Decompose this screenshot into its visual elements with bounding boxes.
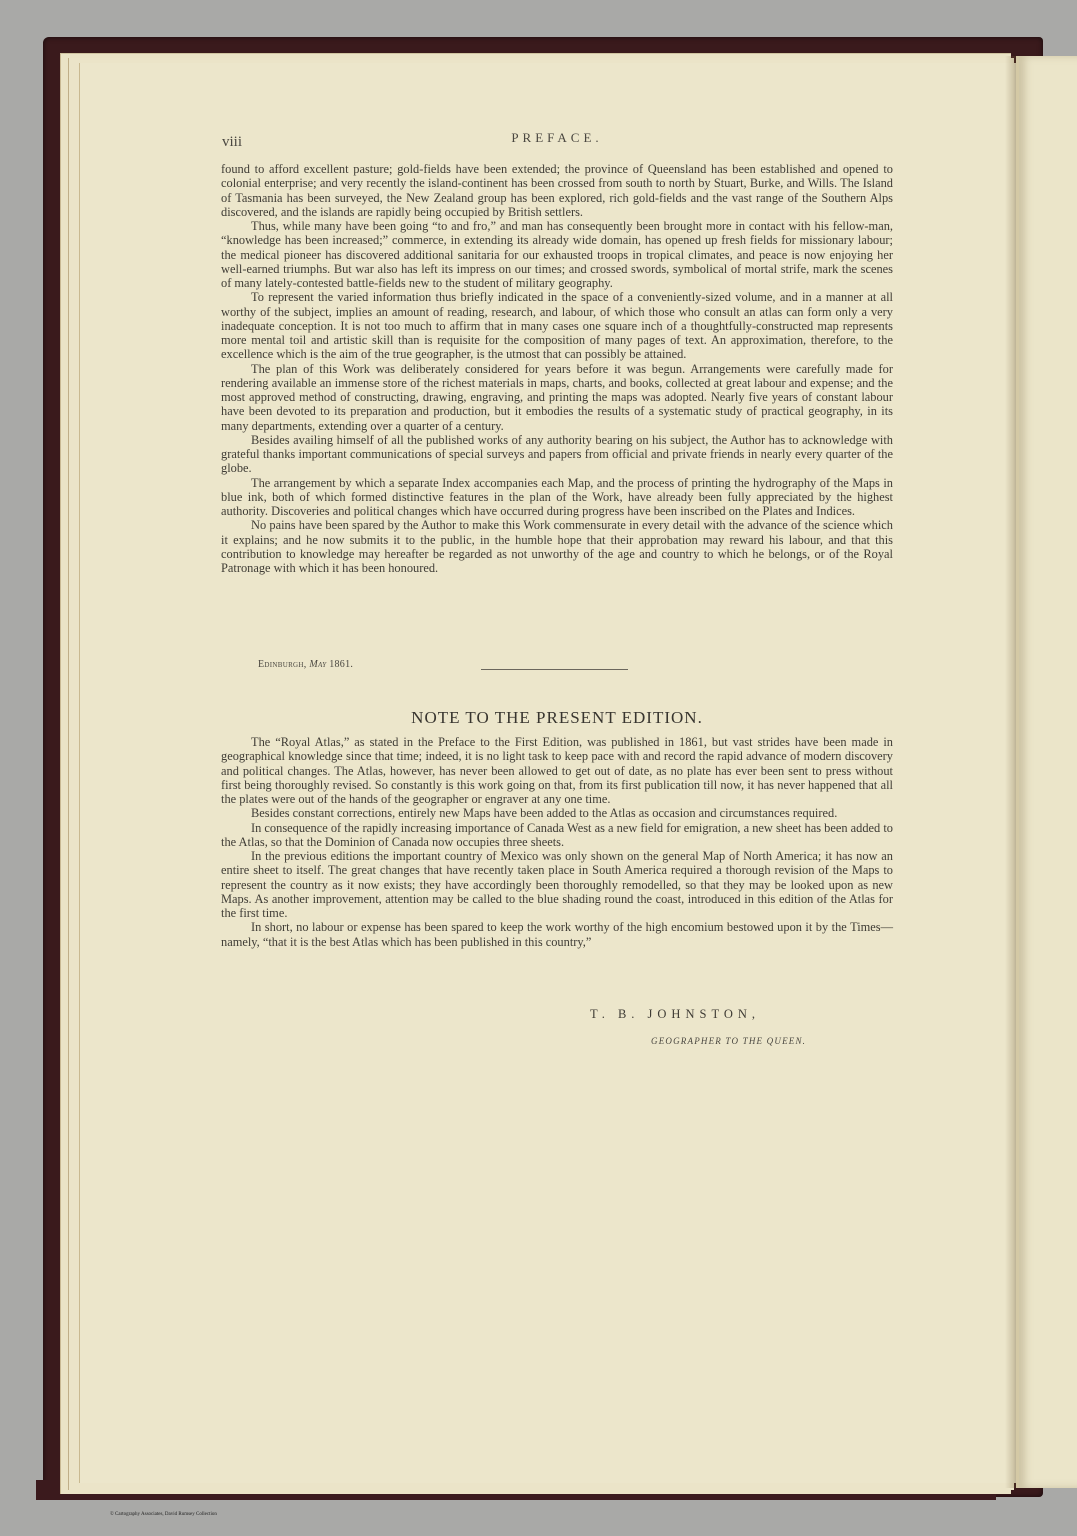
- dateline: Edinburgh, May 1861.: [258, 659, 353, 670]
- dateline-month: May: [309, 659, 326, 670]
- preface-paragraph: Thus, while many have been going “to and…: [221, 219, 893, 290]
- preface-paragraph: To represent the varied information thus…: [221, 290, 893, 361]
- signature-name: T. B. JOHNSTON,: [590, 1007, 760, 1022]
- preface-paragraph: The arrangement by which a separate Inde…: [221, 476, 893, 519]
- copyright-credit: © Cartography Associates, David Rumsey C…: [110, 1512, 217, 1517]
- note-paragraph: In consequence of the rapidly increasing…: [221, 821, 893, 850]
- note-paragraph: Besides constant corrections, entirely n…: [221, 806, 893, 820]
- preface-paragraph: found to afford excellent pasture; gold-…: [221, 162, 893, 219]
- note-paragraph: In short, no labour or expense has been …: [221, 920, 893, 949]
- note-paragraph: The “Royal Atlas,” as stated in the Pref…: [221, 735, 893, 806]
- dateline-place: Edinburgh,: [258, 659, 307, 670]
- facing-page-edge: [1016, 56, 1077, 1488]
- running-head: PREFACE.: [222, 130, 892, 146]
- signature-title: GEOGRAPHER TO THE QUEEN.: [651, 1036, 806, 1046]
- note-paragraph: In the previous editions the important c…: [221, 849, 893, 920]
- note-title: NOTE TO THE PRESENT EDITION.: [221, 708, 893, 728]
- page-header: viii PREFACE.: [222, 130, 892, 154]
- dateline-year: 1861.: [329, 659, 353, 670]
- preface-paragraph: Besides availing himself of all the publ…: [221, 433, 893, 476]
- section-divider-rule: [481, 669, 628, 670]
- preface-paragraph: No pains have been spared by the Author …: [221, 518, 893, 575]
- preface-body: found to afford excellent pasture; gold-…: [221, 162, 893, 575]
- preface-paragraph: The plan of this Work was deliberately c…: [221, 362, 893, 433]
- note-body: The “Royal Atlas,” as stated in the Pref…: [221, 735, 893, 949]
